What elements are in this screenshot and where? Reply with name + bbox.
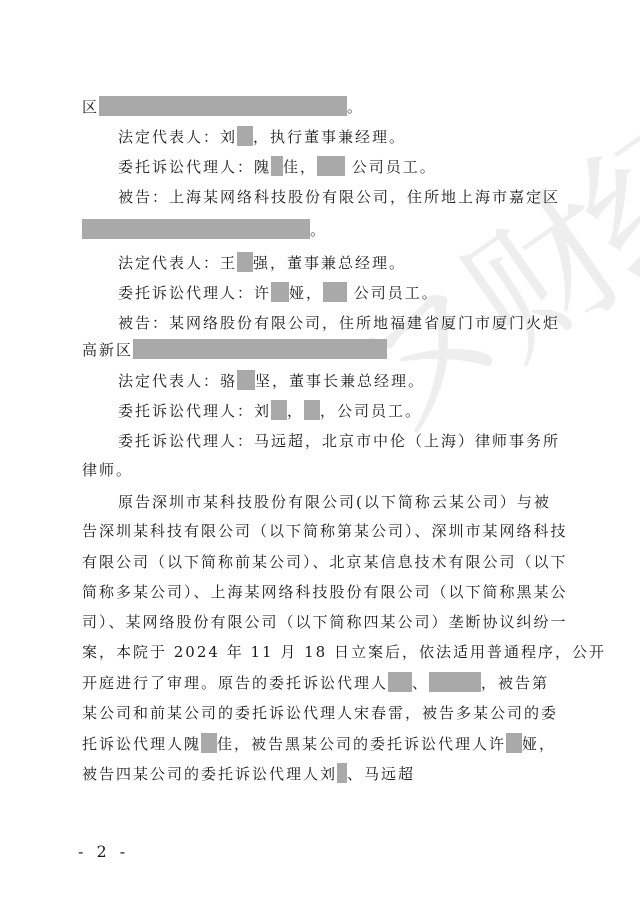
text-segment: 案，本院于 2024 年 11 月 18 日立案后，依法适用普通程序，公开: [82, 643, 606, 661]
text-line: 被告四某公司的委托诉讼代理人刘、马远超: [82, 762, 415, 786]
text-segment: 有限公司（以下简称前某公司）、北京某信息技术有限公司（以下: [82, 553, 568, 571]
text-segment: 娅，: [522, 735, 556, 753]
text-segment: ，被告第: [481, 674, 549, 692]
text-segment: 委托诉讼代理人：刘: [118, 402, 271, 420]
text-segment: 委托诉讼代理人：马远超，北京市中伦（上海）律师事务所: [118, 432, 560, 450]
redaction-box: [304, 400, 320, 420]
text-segment: 被告：上海某网络科技股份有限公司，住所地上海市嘉定区: [118, 188, 560, 206]
text-line: 委托诉讼代理人：隗佳， 公司员工。: [118, 155, 437, 179]
text-line: 委托诉讼代理人：马远超，北京市中伦（上海）律师事务所: [118, 429, 560, 453]
text-segment: 佳，被告黑某公司的委托诉讼代理人许: [217, 735, 506, 753]
text-segment: 法定代表人：王: [118, 254, 237, 272]
document-page: ヌ财经 区。法定代表人：刘，执行董事兼经理。委托诉讼代理人：隗佳， 公司员工。被…: [0, 0, 640, 905]
redaction-box: [133, 339, 387, 359]
text-segment: ，公司员工。: [320, 402, 422, 420]
text-segment: 某公司和前某公司的委托诉讼代理人宋春雷，被告多某公司的委: [82, 704, 558, 722]
text-segment: 简称多某公司）、上海某网络科技股份有限公司（以下简称黑某公: [82, 583, 568, 601]
text-segment: 公司员工。: [347, 284, 439, 302]
text-segment: 律师。: [82, 461, 133, 479]
redaction-box: [201, 733, 217, 753]
redaction-box: [237, 370, 255, 390]
text-segment: 被告：某网络股份有限公司，住所地福建省厦门市厦门火炬: [118, 314, 560, 332]
redaction-box: [317, 156, 345, 176]
text-segment: 公司员工。: [345, 158, 437, 176]
text-line: 法定代表人：刘，执行董事兼经理。: [118, 125, 406, 149]
redaction-box: [429, 672, 481, 692]
text-segment: ，执行董事兼经理。: [253, 128, 406, 146]
text-line: 。: [82, 218, 327, 242]
text-segment: 托诉讼代理人隗: [82, 735, 201, 753]
text-line: 司）、某网络股份有限公司（以下简称四某公司）垄断协议纠纷一: [82, 610, 568, 634]
text-line: 法定代表人：王强，董事兼总经理。: [118, 251, 406, 275]
redaction-box: [82, 219, 310, 239]
text-segment: 法定代表人：骆: [118, 372, 237, 390]
text-segment: 原告深圳市某科技股份有限公司(以下简称云某公司）与被: [118, 493, 551, 511]
text-segment: 高新区: [82, 341, 133, 359]
redaction-box: [323, 282, 347, 302]
text-line: 有限公司（以下简称前某公司）、北京某信息技术有限公司（以下: [82, 550, 568, 574]
text-segment: 佳，: [283, 158, 317, 176]
text-line: 委托诉讼代理人：刘，，公司员工。: [118, 399, 422, 423]
text-line: 被告：某网络股份有限公司，住所地福建省厦门市厦门火炬: [118, 311, 560, 335]
text-segment: ，: [287, 402, 304, 420]
text-line: 某公司和前某公司的委托诉讼代理人宋春雷，被告多某公司的委: [82, 701, 558, 725]
text-segment: 开庭进行了审理。原告的委托诉讼代理人: [82, 674, 388, 692]
text-segment: 、马远超: [347, 765, 415, 783]
redaction-box: [99, 96, 347, 116]
text-segment: 区: [82, 98, 99, 116]
redaction-box: [388, 672, 412, 692]
text-segment: 被告四某公司的委托诉讼代理人刘: [82, 765, 337, 783]
text-line: 开庭进行了审理。原告的委托诉讼代理人、，被告第: [82, 671, 549, 695]
text-line: 委托诉讼代理人：许娅， 公司员工。: [118, 281, 439, 305]
text-segment: 告深圳某科技有限公司（以下简称第某公司）、深圳市某网络科技: [82, 522, 568, 540]
text-line: 区。: [82, 95, 364, 119]
redaction-box: [271, 400, 287, 420]
text-segment: 、: [412, 674, 429, 692]
text-line: 告深圳某科技有限公司（以下简称第某公司）、深圳市某网络科技: [82, 519, 568, 543]
text-segment: 坚，董事长兼总经理。: [255, 372, 425, 390]
text-line: 律师。: [82, 458, 133, 482]
text-line: 高新区: [82, 338, 387, 362]
redaction-box: [506, 733, 522, 753]
text-segment: 委托诉讼代理人：许: [118, 284, 271, 302]
text-line: 托诉讼代理人隗佳，被告黑某公司的委托诉讼代理人许娅，: [82, 732, 556, 756]
text-segment: 。: [347, 98, 364, 116]
text-line: 法定代表人：骆坚，董事长兼总经理。: [118, 369, 425, 393]
text-line: 简称多某公司）、上海某网络科技股份有限公司（以下简称黑某公: [82, 580, 568, 604]
text-line: 案，本院于 2024 年 11 月 18 日立案后，依法适用普通程序，公开: [82, 640, 606, 664]
text-line: 原告深圳市某科技股份有限公司(以下简称云某公司）与被: [118, 490, 551, 514]
text-segment: 法定代表人：刘: [118, 128, 237, 146]
text-segment: 强，董事兼总经理。: [253, 254, 406, 272]
text-segment: 娅，: [289, 284, 323, 302]
page-number: - 2 -: [78, 842, 129, 861]
text-segment: 司）、某网络股份有限公司（以下简称四某公司）垄断协议纠纷一: [82, 613, 568, 631]
redaction-box: [271, 156, 283, 176]
redaction-box: [337, 763, 347, 783]
text-segment: 委托诉讼代理人：隗: [118, 158, 271, 176]
redaction-box: [271, 282, 289, 302]
text-segment: 。: [310, 221, 327, 239]
text-line: 被告：上海某网络科技股份有限公司，住所地上海市嘉定区: [118, 185, 560, 209]
redaction-box: [237, 126, 253, 146]
redaction-box: [237, 252, 253, 272]
